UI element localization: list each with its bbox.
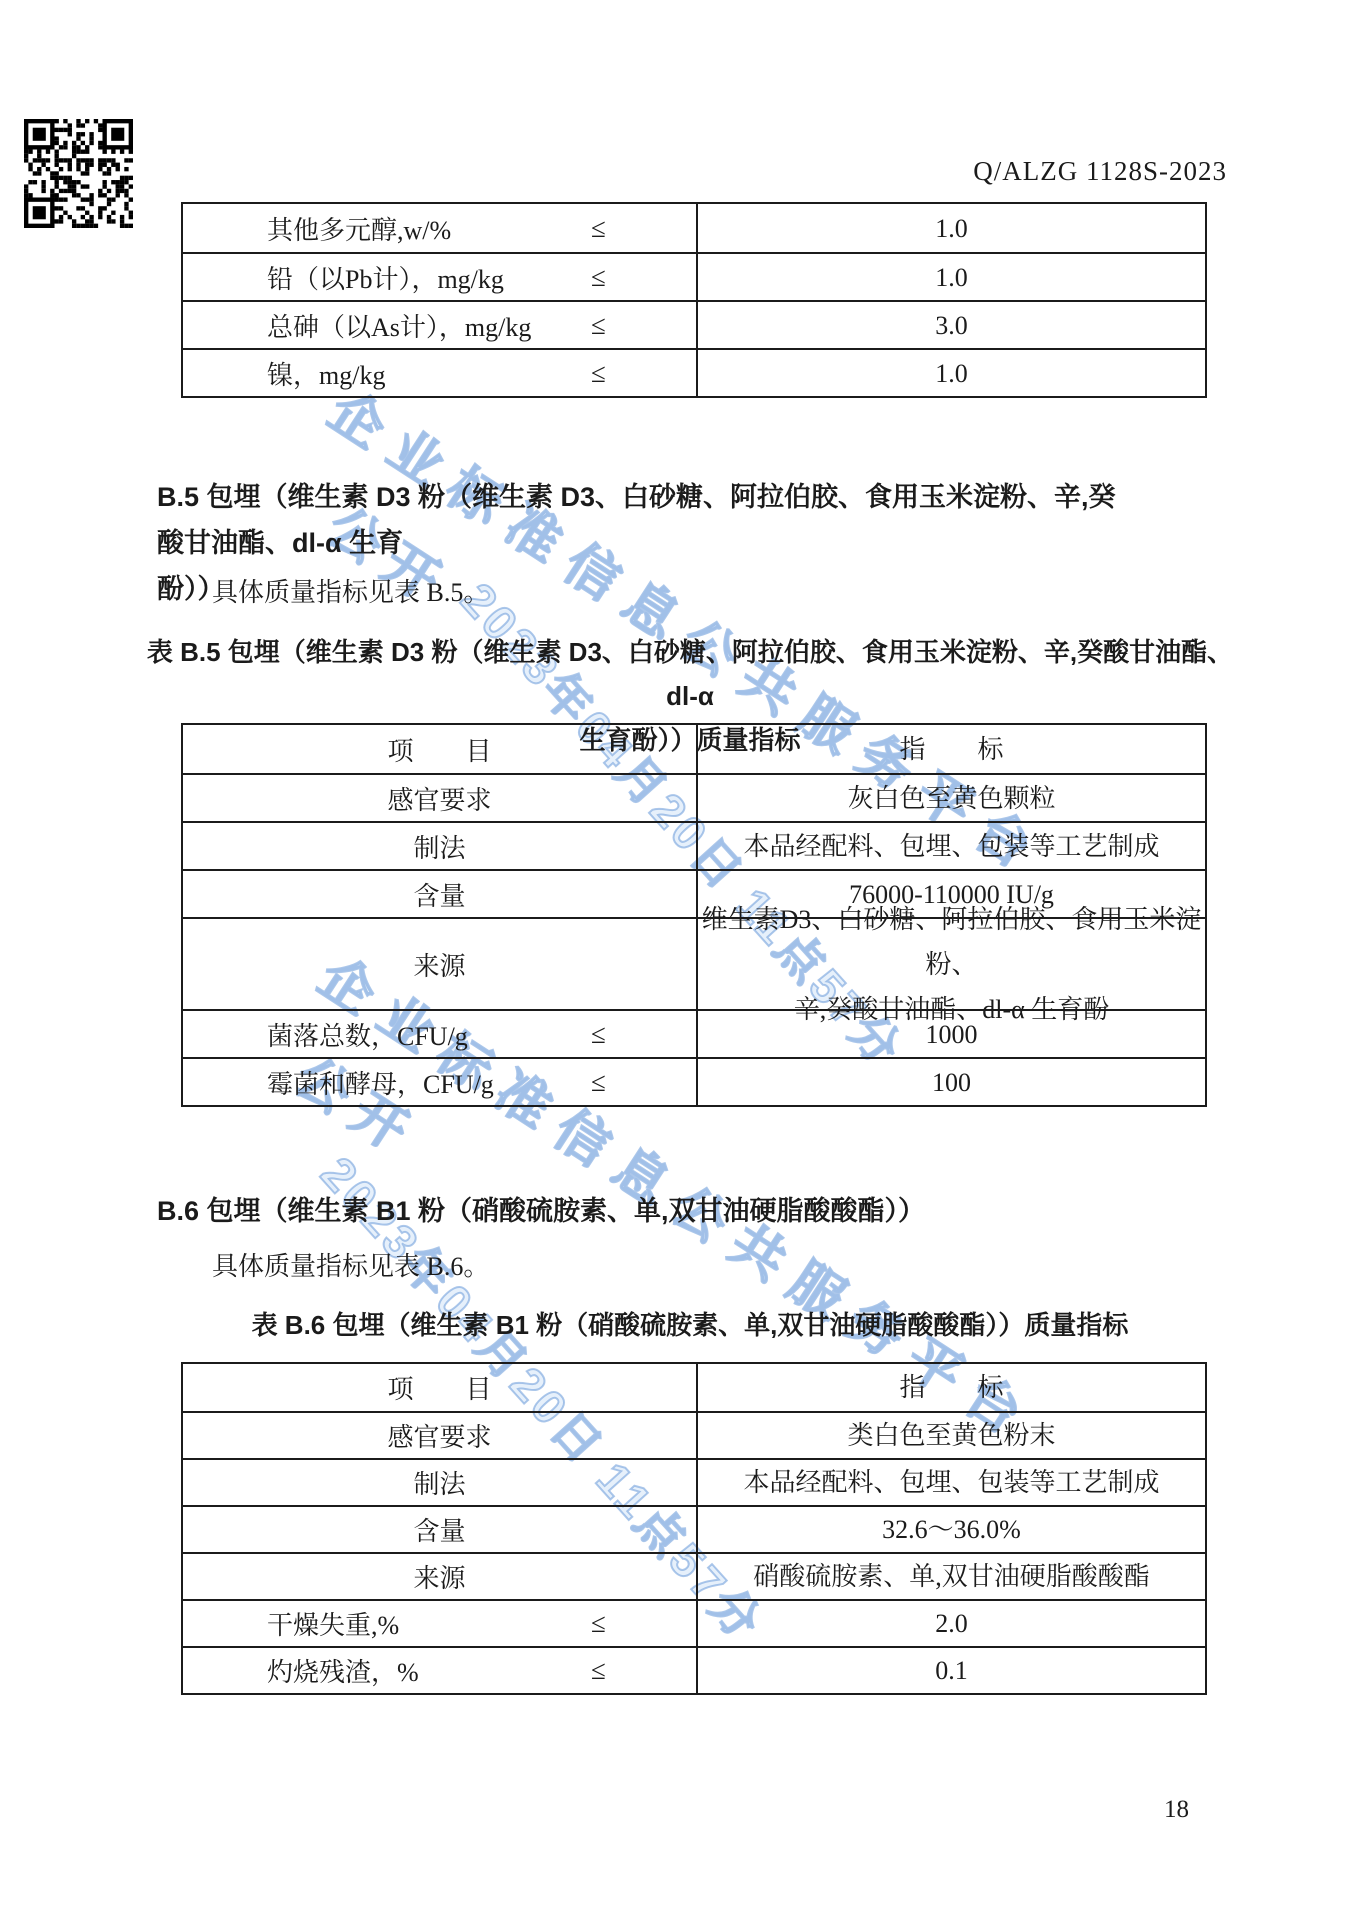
table-row: 来源维生素D3、白砂糖、阿拉伯胶、食用玉米淀粉、 辛,癸酸甘油酯、dl-α 生育… (183, 917, 1205, 1009)
value-cell: 本品经配料、包埋、包装等工艺制成 (698, 823, 1205, 869)
value-cell: 维生素D3、白砂糖、阿拉伯胶、食用玉米淀粉、 辛,癸酸甘油酯、dl-α 生育酚 (698, 919, 1205, 1009)
table-row: 铅（以Pb计），mg/kg≤1.0 (183, 252, 1205, 300)
item-cell: 来源 (183, 919, 698, 1009)
less-equal-symbol: ≤ (591, 1067, 606, 1098)
item-cell: 项 目 (183, 725, 698, 773)
item-label: 其他多元醇,w/% (183, 210, 451, 247)
less-equal-symbol: ≤ (591, 262, 606, 293)
value-cell: 3.0 (698, 302, 1205, 348)
item-label: 感官要求 (387, 1417, 491, 1454)
table-b6-caption: 表 B.6 包埋（维生素 B1 粉（硝酸硫胺素、单,双甘油硬脂酸酸酯））质量指标 (140, 1303, 1240, 1347)
value-cell: 1.0 (698, 204, 1205, 252)
table-row: 感官要求灰白色至黄色颗粒 (183, 773, 1205, 821)
item-cell: 灼烧残渣，%≤ (183, 1648, 698, 1693)
value-cell: 硝酸硫胺素、单,双甘油硬脂酸酸酯 (698, 1554, 1205, 1599)
table-row: 感官要求类白色至黄色粉末 (183, 1411, 1205, 1458)
item-cell: 项 目 (183, 1364, 698, 1411)
item-cell: 铅（以Pb计），mg/kg≤ (183, 254, 698, 300)
item-label: 灼烧残渣，% (183, 1652, 419, 1689)
table-row: 总砷（以As计），mg/kg≤3.0 (183, 300, 1205, 348)
limits-table: 其他多元醇,w/%≤1.0铅（以Pb计），mg/kg≤1.0总砷（以As计），m… (181, 202, 1207, 398)
less-equal-symbol: ≤ (591, 310, 606, 341)
table-b5: 项 目指 标感官要求灰白色至黄色颗粒制法本品经配料、包埋、包装等工艺制成含量76… (181, 723, 1207, 1107)
value-cell: 100 (698, 1059, 1205, 1105)
item-cell: 霉菌和酵母，CFU/g≤ (183, 1059, 698, 1105)
document-page: { "page": { "doc_number": "Q/ALZG 1128S-… (0, 0, 1358, 1920)
item-label: 含量 (413, 1511, 465, 1548)
item-cell: 总砷（以As计），mg/kg≤ (183, 302, 698, 348)
item-cell: 制法 (183, 1460, 698, 1505)
item-label: 来源 (413, 946, 465, 983)
value-cell: 1.0 (698, 350, 1205, 396)
table-row: 含量32.6～36.0% (183, 1505, 1205, 1552)
less-equal-symbol: ≤ (591, 213, 606, 244)
value-cell: 本品经配料、包埋、包装等工艺制成 (698, 1460, 1205, 1505)
table-row: 镍，mg/kg≤1.0 (183, 348, 1205, 396)
item-label: 制法 (413, 1464, 465, 1501)
item-label: 总砷（以As计），mg/kg (183, 307, 531, 344)
item-label: 感官要求 (387, 780, 491, 817)
section-b5-paragraph: 具体质量指标见表 B.5。 (212, 572, 489, 609)
value-cell: 指 标 (698, 1364, 1205, 1411)
section-b6-heading: B.6 包埋（维生素 B1 粉（硝酸硫胺素、单,双甘油硬脂酸酸酯）） (157, 1188, 1117, 1234)
page-number: 18 (1164, 1796, 1189, 1824)
value-cell: 灰白色至黄色颗粒 (698, 775, 1205, 821)
less-equal-symbol: ≤ (591, 358, 606, 389)
doc-number: Q/ALZG 1128S-2023 (0, 156, 1227, 187)
item-cell: 干燥失重,%≤ (183, 1601, 698, 1646)
item-label: 干燥失重,% (183, 1605, 399, 1642)
less-equal-symbol: ≤ (591, 1608, 606, 1639)
item-cell: 菌落总数，CFU/g≤ (183, 1011, 698, 1057)
item-cell: 镍，mg/kg≤ (183, 350, 698, 396)
item-cell: 制法 (183, 823, 698, 869)
item-label: 项 目 (387, 1369, 491, 1406)
table-row: 其他多元醇,w/%≤1.0 (183, 204, 1205, 252)
table-row: 来源硝酸硫胺素、单,双甘油硬脂酸酸酯 (183, 1552, 1205, 1599)
table-row: 霉菌和酵母，CFU/g≤100 (183, 1057, 1205, 1105)
value-cell: 1000 (698, 1011, 1205, 1057)
item-label: 镍，mg/kg (183, 355, 385, 392)
item-label: 项 目 (387, 731, 491, 768)
item-cell: 含量 (183, 1507, 698, 1552)
table-header-row: 项 目指 标 (183, 725, 1205, 773)
value-cell: 指 标 (698, 725, 1205, 773)
value-cell: 2.0 (698, 1601, 1205, 1646)
table-row: 制法本品经配料、包埋、包装等工艺制成 (183, 1458, 1205, 1505)
item-label: 铅（以Pb计），mg/kg (183, 259, 504, 296)
table-row: 制法本品经配料、包埋、包装等工艺制成 (183, 821, 1205, 869)
less-equal-symbol: ≤ (591, 1019, 606, 1050)
table-header-row: 项 目指 标 (183, 1364, 1205, 1411)
section-b6-paragraph: 具体质量指标见表 B.6。 (212, 1246, 489, 1283)
table-b6: 项 目指 标感官要求类白色至黄色粉末制法本品经配料、包埋、包装等工艺制成含量32… (181, 1362, 1207, 1695)
table-row: 灼烧残渣，%≤0.1 (183, 1646, 1205, 1693)
value-cell: 32.6～36.0% (698, 1507, 1205, 1552)
item-cell: 其他多元醇,w/%≤ (183, 204, 698, 252)
item-cell: 感官要求 (183, 1413, 698, 1458)
item-label: 制法 (413, 828, 465, 865)
item-label: 霉菌和酵母，CFU/g (183, 1064, 494, 1101)
item-label: 来源 (413, 1558, 465, 1595)
value-cell: 1.0 (698, 254, 1205, 300)
table-row: 干燥失重,%≤2.0 (183, 1599, 1205, 1646)
item-cell: 感官要求 (183, 775, 698, 821)
value-cell: 0.1 (698, 1648, 1205, 1693)
item-cell: 来源 (183, 1554, 698, 1599)
item-label: 菌落总数，CFU/g (183, 1016, 468, 1053)
value-cell: 类白色至黄色粉末 (698, 1413, 1205, 1458)
item-cell: 含量 (183, 871, 698, 917)
table-row: 菌落总数，CFU/g≤1000 (183, 1009, 1205, 1057)
less-equal-symbol: ≤ (591, 1655, 606, 1686)
item-label: 含量 (413, 876, 465, 913)
